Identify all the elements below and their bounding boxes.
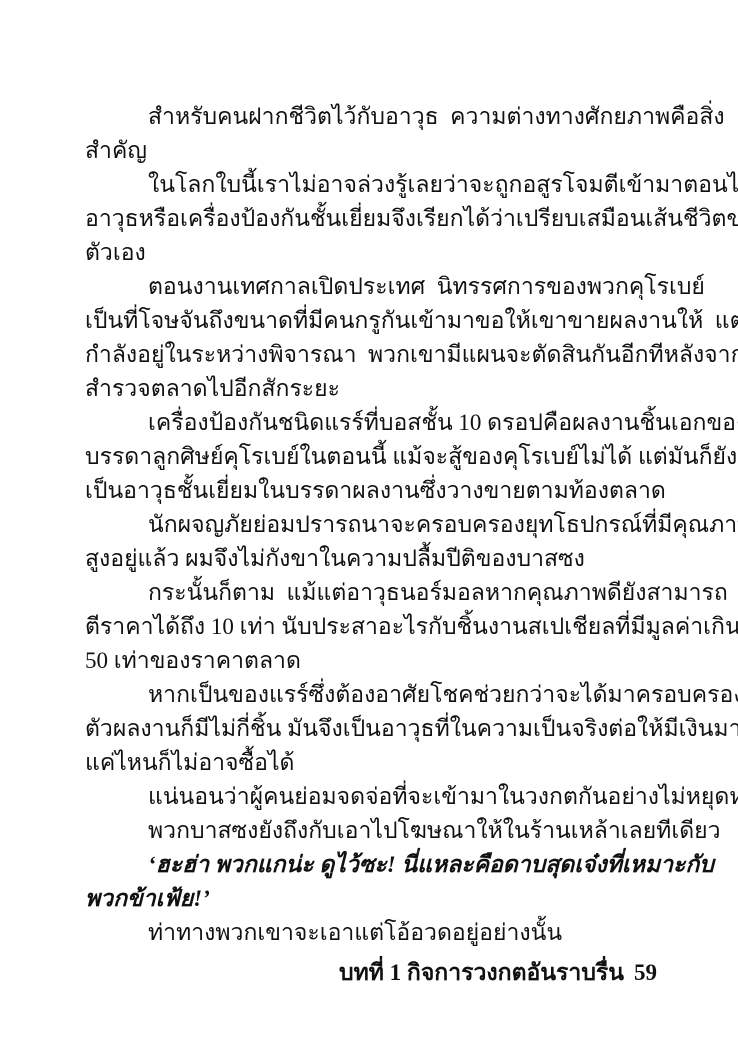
paragraph: กระนั้นก็ตาม แม้แต่อาวุธนอร์มอลหากคุณภาพ… [85,576,657,678]
text-line: พวกข้าเฟ้ย!’ [85,882,657,916]
paragraph: แน่นอนว่าผู้คนย่อมจดจ่อที่จะเข้ามาในวงกต… [85,780,657,814]
paragraph: ตอนงานเทศกาลเปิดประเทศ นิทรรศการของพวกคุ… [85,270,657,406]
text-line: ตัวผลงานก็มีไม่กี่ชิ้น มันจึงเป็นอาวุธที… [85,712,657,746]
book-page: สำหรับคนฝากชีวิตไว้กับอาวุธ ความต่างทางศ… [0,0,738,1051]
page-footer: บทที่ 1 กิจการวงกตอันราบรื่น59 [85,956,657,990]
paragraph: หากเป็นของแรร์ซึ่งต้องอาศัยโชคช่วยกว่าจะ… [85,678,657,780]
text-line: สำหรับคนฝากชีวิตไว้กับอาวุธ ความต่างทางศ… [85,100,657,134]
text-line: ตัวเอง [85,236,657,270]
text-line: พวกบาสซงยังถึงกับเอาไปโฆษณาให้ในร้านเหล้… [85,814,657,848]
paragraph: นักผจญภัยย่อมปรารถนาจะครอบครองยุทโธปกรณ์… [85,508,657,576]
text-line: ตีราคาได้ถึง 10 เท่า นับประสาอะไรกับชิ้น… [85,610,657,644]
text-line: ในโลกใบนี้เราไม่อาจล่วงรู้เลยว่าจะถูกอสู… [85,168,657,202]
text-line: กำลังอยู่ในระหว่างพิจารณา พวกเขามีแผนจะต… [85,338,657,372]
text-line: กระนั้นก็ตาม แม้แต่อาวุธนอร์มอลหากคุณภาพ… [85,576,657,610]
dialogue-paragraph: ‘ฮะฮ่า พวกแกน่ะ ดูไว้ซะ! นี่แหละคือดาบสุ… [85,848,657,916]
paragraph: พวกบาสซงยังถึงกับเอาไปโฆษณาให้ในร้านเหล้… [85,814,657,848]
paragraph: ในโลกใบนี้เราไม่อาจล่วงรู้เลยว่าจะถูกอสู… [85,168,657,270]
text-line: 50 เท่าของราคาตลาด [85,644,657,678]
paragraph: ท่าทางพวกเขาจะเอาแต่โอ้อวดอยู่อย่างนั้น [85,916,657,950]
page-number: 59 [634,960,657,985]
text-line: ท่าทางพวกเขาจะเอาแต่โอ้อวดอยู่อย่างนั้น [85,916,657,950]
chapter-title: บทที่ 1 กิจการวงกตอันราบรื่น [339,960,624,985]
text-line: ตอนงานเทศกาลเปิดประเทศ นิทรรศการของพวกคุ… [85,270,657,304]
text-line: บรรดาลูกศิษย์คุโรเบย์ในตอนนี้ แม้จะสู้ขอ… [85,440,657,474]
text-line: แน่นอนว่าผู้คนย่อมจดจ่อที่จะเข้ามาในวงกต… [85,780,657,814]
text-line: แค่ไหนก็ไม่อาจซื้อได้ [85,746,657,780]
text-line: สูงอยู่แล้ว ผมจึงไม่กังขาในความปลื้มปีติ… [85,542,657,576]
text-line: เป็นที่โจษจันถึงขนาดที่มีคนกรูกันเข้ามาข… [85,304,657,338]
text-line: อาวุธหรือเครื่องป้องกันชั้นเยี่ยมจึงเรีย… [85,202,657,236]
text-line: สำคัญ [85,134,657,168]
text-line: หากเป็นของแรร์ซึ่งต้องอาศัยโชคช่วยกว่าจะ… [85,678,657,712]
text-line: เครื่องป้องกันชนิดแรร์ที่บอสชั้น 10 ดรอป… [85,406,657,440]
text-line: ‘ฮะฮ่า พวกแกน่ะ ดูไว้ซะ! นี่แหละคือดาบสุ… [85,848,657,882]
text-block: สำหรับคนฝากชีวิตไว้กับอาวุธ ความต่างทางศ… [85,100,657,950]
paragraph: สำหรับคนฝากชีวิตไว้กับอาวุธ ความต่างทางศ… [85,100,657,168]
text-line: เป็นอาวุธชั้นเยี่ยมในบรรดาผลงานซึ่งวางขา… [85,474,657,508]
text-line: นักผจญภัยย่อมปรารถนาจะครอบครองยุทโธปกรณ์… [85,508,657,542]
paragraph: เครื่องป้องกันชนิดแรร์ที่บอสชั้น 10 ดรอป… [85,406,657,508]
text-line: สำรวจตลาดไปอีกสักระยะ [85,372,657,406]
